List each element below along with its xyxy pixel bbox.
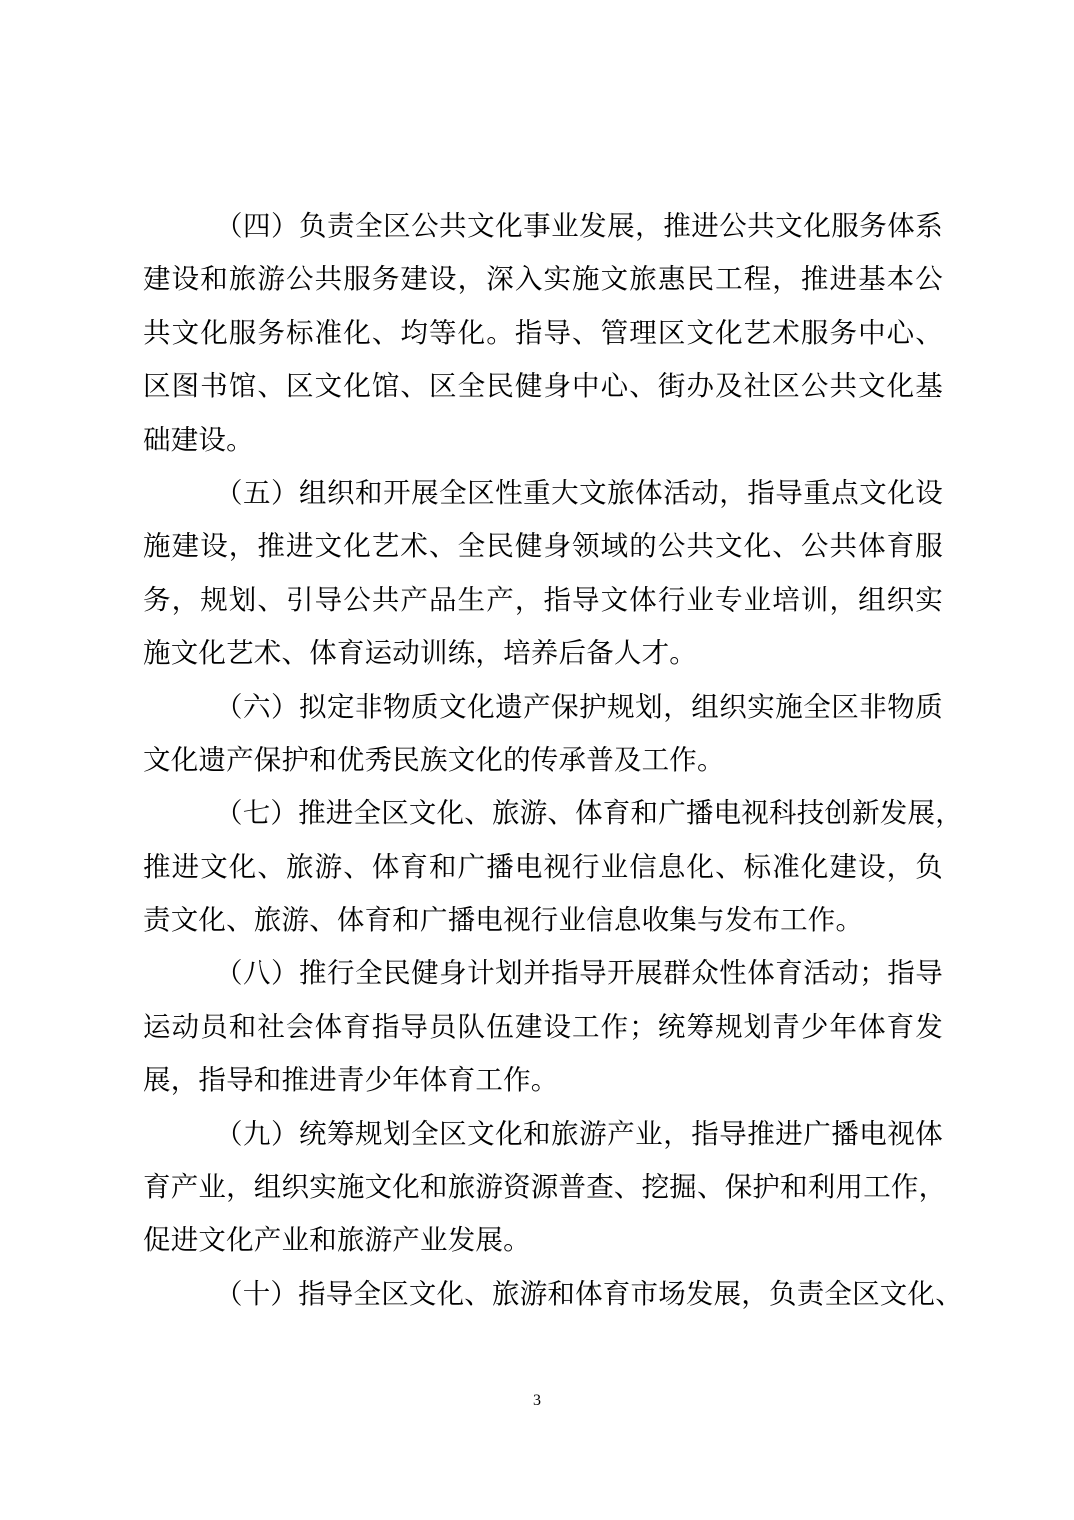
text-line: 共文化服务标准化、均等化。指导、管理区文化艺术服务中心、 [143,307,943,360]
text-line: 运动员和社会体育指导员队伍建设工作；统筹规划青少年体育发 [143,1001,943,1054]
document-body: （四）负责全区公共文化事业发展，推进公共文化服务体系 建设和旅游公共服务建设，深… [143,200,943,1321]
text-line: 育产业，组织实施文化和旅游资源普查、挖掘、保护和利用工作， [143,1161,943,1214]
paragraph-5: （五）组织和开展全区性重大文旅体活动，指导重点文化设 施建设，推进文化艺术、全民… [143,467,943,681]
text-line: 责文化、旅游、体育和广播电视行业信息收集与发布工作。 [143,894,943,947]
text-line: 础建设。 [143,414,943,467]
text-line: 区图书馆、区文化馆、区全民健身中心、街办及社区公共文化基 [143,360,943,413]
paragraph-9: （九）统筹规划全区文化和旅游产业，指导推进广播电视体 育产业，组织实施文化和旅游… [143,1108,943,1268]
text-line: 务，规划、引导公共产品生产，指导文体行业专业培训，组织实 [143,574,943,627]
text-line: （六）拟定非物质文化遗产保护规划，组织实施全区非物质 [143,681,943,734]
paragraph-8: （八）推行全民健身计划并指导开展群众性体育活动；指导 运动员和社会体育指导员队伍… [143,947,943,1107]
text-line: 展，指导和推进青少年体育工作。 [143,1054,943,1107]
text-line: 施文化艺术、体育运动训练，培养后备人才。 [143,627,943,680]
paragraph-4: （四）负责全区公共文化事业发展，推进公共文化服务体系 建设和旅游公共服务建设，深… [143,200,943,467]
text-line: 文化遗产保护和优秀民族文化的传承普及工作。 [143,734,943,787]
text-line: 推进文化、旅游、体育和广播电视行业信息化、标准化建设，负 [143,841,943,894]
text-line: 建设和旅游公共服务建设，深入实施文旅惠民工程，推进基本公 [143,253,943,306]
text-line: （五）组织和开展全区性重大文旅体活动，指导重点文化设 [143,467,943,520]
page-number: 3 [0,1392,1074,1410]
document-page: （四）负责全区公共文化事业发展，推进公共文化服务体系 建设和旅游公共服务建设，深… [0,0,1074,1520]
paragraph-10: （十）指导全区文化、旅游和体育市场发展，负责全区文化、 [143,1268,943,1321]
text-line: （七）推进全区文化、旅游、体育和广播电视科技创新发展， [143,787,943,840]
text-line: 促进文化产业和旅游产业发展。 [143,1214,943,1267]
text-line: 施建设，推进文化艺术、全民健身领域的公共文化、公共体育服 [143,520,943,573]
text-line: （九）统筹规划全区文化和旅游产业，指导推进广播电视体 [143,1108,943,1161]
paragraph-6: （六）拟定非物质文化遗产保护规划，组织实施全区非物质 文化遗产保护和优秀民族文化… [143,681,943,788]
text-line: （四）负责全区公共文化事业发展，推进公共文化服务体系 [143,200,943,253]
text-line: （八）推行全民健身计划并指导开展群众性体育活动；指导 [143,947,943,1000]
text-line: （十）指导全区文化、旅游和体育市场发展，负责全区文化、 [143,1268,943,1321]
paragraph-7: （七）推进全区文化、旅游、体育和广播电视科技创新发展， 推进文化、旅游、体育和广… [143,787,943,947]
